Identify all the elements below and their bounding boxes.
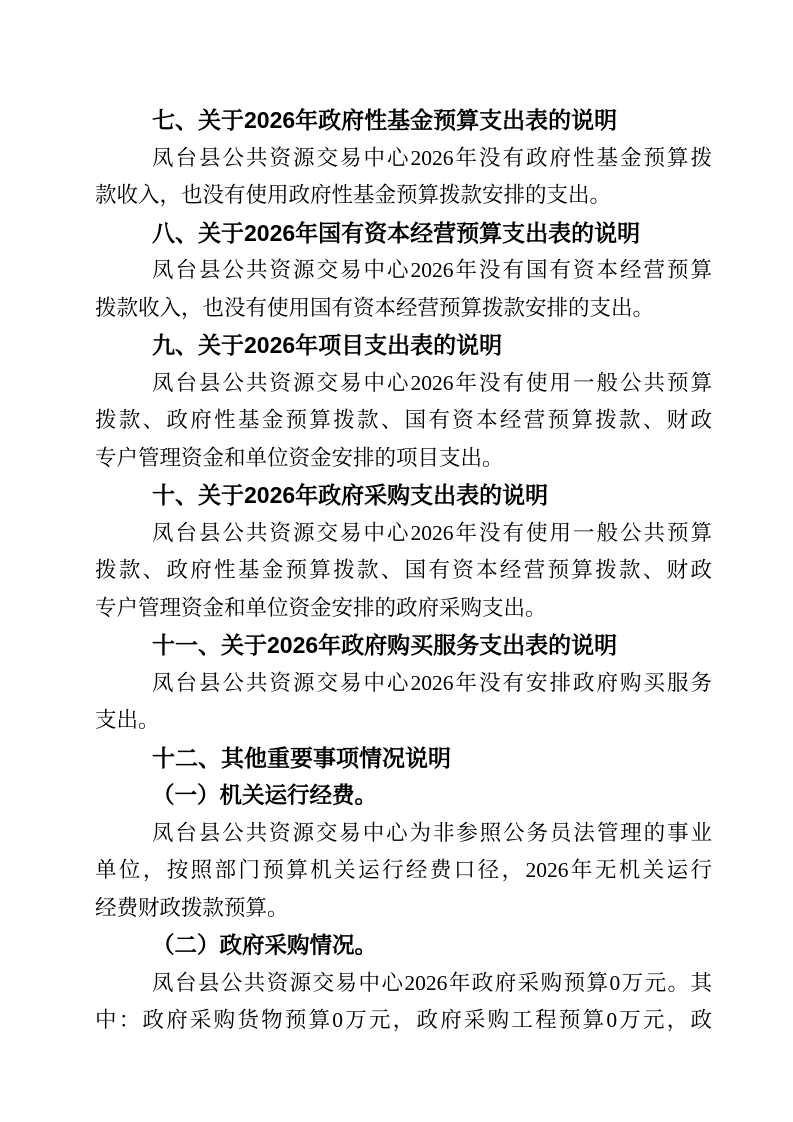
paragraph-line: 凤台县公共资源交易中心2026年政府采购预算0万元。其 bbox=[95, 965, 712, 1003]
paragraph-line: 经费财政拨款预算。 bbox=[95, 890, 712, 928]
paragraph-line: 凤台县公共资源交易中心2026年没有安排政府购买服务 bbox=[95, 665, 712, 703]
paragraph-line: 凤台县公共资源交易中心2026年没有政府性基金预算拨 bbox=[95, 140, 712, 178]
paragraph-procurement-situation: 凤台县公共资源交易中心2026年政府采购预算0万元。其 中：政府采购货物预算0万… bbox=[95, 965, 712, 1040]
section-heading-12: 十二、其他重要事项情况说明 bbox=[95, 740, 712, 778]
paragraph-operating-funds: 凤台县公共资源交易中心为非参照公务员法管理的事业 单位，按照部门预算机关运行经费… bbox=[95, 815, 712, 928]
paragraph-line: 款收入，也没有使用政府性基金预算拨款安排的支出。 bbox=[95, 177, 712, 215]
subheading-operating-funds: （一）机关运行经费。 bbox=[95, 777, 712, 815]
paragraph-gov-fund-budget: 凤台县公共资源交易中心2026年没有政府性基金预算拨 款收入，也没有使用政府性基… bbox=[95, 140, 712, 215]
section-heading-11: 十一、关于2026年政府购买服务支出表的说明 bbox=[95, 627, 712, 665]
paragraph-line: 拨款、政府性基金预算拨款、国有资本经营预算拨款、财政 bbox=[95, 402, 712, 440]
paragraph-line: 单位，按照部门预算机关运行经费口径，2026年无机关运行 bbox=[95, 852, 712, 890]
paragraph-purchase-of-services: 凤台县公共资源交易中心2026年没有安排政府购买服务 支出。 bbox=[95, 665, 712, 740]
section-heading-7: 七、关于2026年政府性基金预算支出表的说明 bbox=[95, 102, 712, 140]
paragraph-line: 中：政府采购货物预算0万元，政府采购工程预算0万元，政 bbox=[95, 1002, 712, 1040]
paragraph-line: 支出。 bbox=[95, 702, 712, 740]
paragraph-gov-procurement-expenditure: 凤台县公共资源交易中心2026年没有使用一般公共预算 拨款、政府性基金预算拨款、… bbox=[95, 515, 712, 628]
paragraph-line: 凤台县公共资源交易中心2026年没有使用一般公共预算 bbox=[95, 515, 712, 553]
section-heading-9: 九、关于2026年项目支出表的说明 bbox=[95, 327, 712, 365]
paragraph-line: 专户管理资金和单位资金安排的政府采购支出。 bbox=[95, 590, 712, 628]
document-body: 七、关于2026年政府性基金预算支出表的说明 凤台县公共资源交易中心2026年没… bbox=[95, 102, 712, 1040]
subheading-procurement-situation: （二）政府采购情况。 bbox=[95, 927, 712, 965]
paragraph-line: 专户管理资金和单位资金安排的项目支出。 bbox=[95, 440, 712, 478]
document-page: 七、关于2026年政府性基金预算支出表的说明 凤台县公共资源交易中心2026年没… bbox=[0, 0, 793, 1122]
paragraph-state-capital-budget: 凤台县公共资源交易中心2026年没有国有资本经营预算 拨款收入，也没有使用国有资… bbox=[95, 252, 712, 327]
paragraph-project-expenditure: 凤台县公共资源交易中心2026年没有使用一般公共预算 拨款、政府性基金预算拨款、… bbox=[95, 365, 712, 478]
paragraph-line: 拨款、政府性基金预算拨款、国有资本经营预算拨款、财政 bbox=[95, 552, 712, 590]
paragraph-line: 凤台县公共资源交易中心为非参照公务员法管理的事业 bbox=[95, 815, 712, 853]
paragraph-line: 拨款收入，也没有使用国有资本经营预算拨款安排的支出。 bbox=[95, 290, 712, 328]
paragraph-line: 凤台县公共资源交易中心2026年没有使用一般公共预算 bbox=[95, 365, 712, 403]
paragraph-line: 凤台县公共资源交易中心2026年没有国有资本经营预算 bbox=[95, 252, 712, 290]
section-heading-10: 十、关于2026年政府采购支出表的说明 bbox=[95, 477, 712, 515]
section-heading-8: 八、关于2026年国有资本经营预算支出表的说明 bbox=[95, 215, 712, 253]
